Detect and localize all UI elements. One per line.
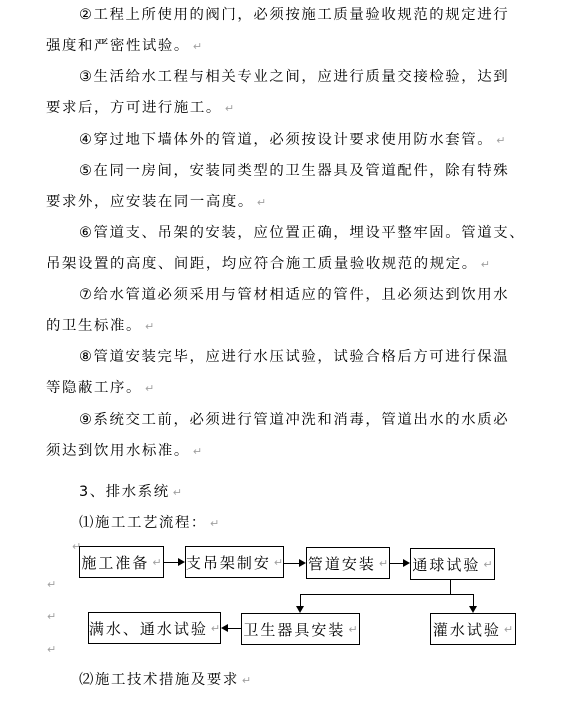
paragraph-line: 强度和严密性试验。↵ <box>46 36 202 57</box>
connector-line <box>300 594 301 606</box>
flow-step-prep: 施工准备↵ <box>79 546 164 578</box>
paragraph-mark: ↵ <box>257 196 266 209</box>
paragraph-line: ⑨系统交工前，必须进行管道冲洗和消毒，管道出水的水质必 <box>79 410 509 430</box>
paragraph-line: ⑴施工工艺流程：↵ <box>79 513 219 534</box>
arrow-right-icon <box>299 559 306 567</box>
paragraph-line: ⑧管道安装完毕，应进行水压试验，试验合格后方可进行保温 <box>79 347 509 367</box>
connector-line <box>300 594 474 595</box>
connector-line <box>390 563 403 564</box>
arrow-down-icon <box>296 606 304 613</box>
paragraph-mark: ↵ <box>481 258 490 271</box>
paragraph-line: ⑤在同一房间，安装同类型的卫生器具及管道配件，除有特殊 <box>79 161 509 181</box>
paragraph-line: ⑥管道支、吊架的安装，应位置正确，埋设平整牢固。管道支、 <box>79 223 525 243</box>
flow-step-fill-test: 灌水试验↵ <box>430 613 516 645</box>
paragraph-mark: ↵ <box>145 382 154 395</box>
arrow-down-icon <box>469 606 477 613</box>
paragraph-line: 须达到饮用水标准。↵ <box>46 441 202 462</box>
connector-line <box>473 594 474 606</box>
connector-line <box>284 563 299 564</box>
paragraph-mark: ↵ <box>193 445 202 458</box>
paragraph-mark: ↵ <box>173 486 182 499</box>
paragraph-line: 要求后，方可进行施工。↵ <box>46 98 234 119</box>
paragraph-mark: ↵ <box>47 643 56 656</box>
paragraph-line: 的卫生标准。↵ <box>46 316 154 337</box>
section-heading-tech-measures: ⑵施工技术措施及要求↵ <box>79 670 251 691</box>
arrow-left-icon <box>221 624 228 632</box>
paragraph-line: 3、排水系统↵ <box>79 482 182 503</box>
paragraph-line: 吊架设置的高度、间距，均应符合施工质量验收规范的规定。↵ <box>46 254 490 275</box>
paragraph-line: ⑦给水管道必须采用与管材相适应的管件，且必须达到饮用水 <box>79 285 509 305</box>
flow-step-pipe: 管道安装↵ <box>306 547 390 579</box>
arrow-right-icon <box>403 559 410 567</box>
flow-step-ball-test: 通球试验↵ <box>410 548 495 580</box>
paragraph-line: ③生活给水工程与相关专业之间，应进行质量交接检验，达到 <box>79 67 509 87</box>
paragraph-line: 等隐蔽工序。↵ <box>46 378 154 399</box>
flow-step-support: 支吊架制安↵ <box>185 546 284 578</box>
paragraph-mark: ↵ <box>225 102 234 115</box>
flow-step-sanitary-install: 卫生器具安装↵ <box>241 613 360 645</box>
connector-line <box>228 628 241 629</box>
paragraph-mark: ↵ <box>47 578 56 591</box>
paragraph-line: ④穿过地下墙体外的管道，必须按设计要求使用防水套管。↵ <box>79 130 506 151</box>
connector-line <box>450 580 451 595</box>
arrow-right-icon <box>178 558 185 566</box>
paragraph-mark: ↵ <box>47 610 56 623</box>
connector-line <box>164 562 178 563</box>
paragraph-mark: ↵ <box>145 320 154 333</box>
paragraph-mark: ↵ <box>496 134 505 147</box>
paragraph-mark: ↵ <box>193 40 202 53</box>
paragraph-line: 要求外，应安装在同一高度。↵ <box>46 192 266 213</box>
flow-step-full-water-test: 满水、通水试验↵ <box>88 612 221 644</box>
paragraph-line: ②工程上所使用的阀门，必须按施工质量验收规范的规定进行 <box>79 5 509 25</box>
paragraph-mark: ↵ <box>210 517 219 530</box>
